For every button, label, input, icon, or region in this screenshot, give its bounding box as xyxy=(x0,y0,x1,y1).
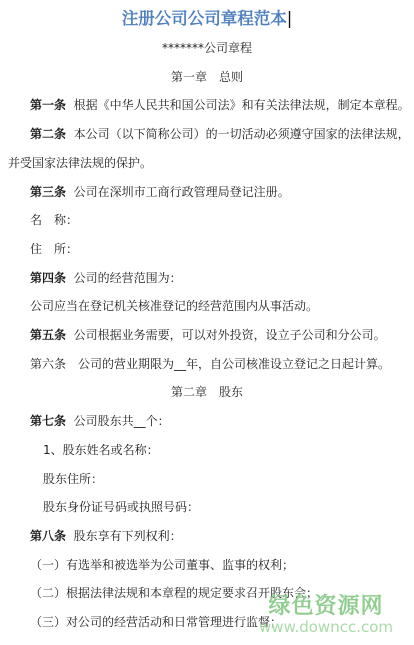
article-2: 第二条 本公司（以下简称公司）的一切活动必须遵守国家的法律法规， xyxy=(8,120,406,149)
article-3: 第三条 公司在深圳市工商行政管理局登记注册。 xyxy=(8,178,406,207)
article-3-label: 第三条 xyxy=(30,185,66,199)
article-3-text: 公司在深圳市工商行政管理局登记注册。 xyxy=(66,185,290,199)
article-4: 第四条 公司的经营范围为： xyxy=(8,264,406,293)
article-4-text: 公司的经营范围为： xyxy=(66,271,182,285)
document-page: 注册公司公司章程范本| *******公司章程 第一章 总则 第一条 根据《中华… xyxy=(0,0,414,637)
article-1: 第一条 根据《中华人民共和国公司法》和有关法律法规，制定本章程。 xyxy=(8,91,406,120)
shareholder-name-line-text: 1、股东姓名或名称： xyxy=(43,443,159,457)
article-7: 第七条 公司股东共__个： xyxy=(8,407,406,436)
shareholder-address-line: 股东住所： xyxy=(8,465,406,494)
subtitle-text: *******公司章程 xyxy=(162,41,252,55)
right-item-3-text: （三）对公司的经营活动和日常管理进行监督； xyxy=(30,615,282,629)
shareholder-address-line-text: 股东住所： xyxy=(43,472,103,486)
company-address-line: 住 所： xyxy=(8,235,406,264)
chapter-1-heading-text: 第一章 总则 xyxy=(171,70,243,84)
document-title: 注册公司公司章程范本| xyxy=(8,4,406,34)
shareholder-id-line-text: 股东身份证号码或执照号码： xyxy=(43,500,199,514)
chapter-2-heading: 第二章 股东 xyxy=(8,378,406,407)
right-item-1-text: （一）有选举和被选举为公司董事、监事的权利； xyxy=(30,558,294,572)
article-5: 第五条 公司根据业务需要，可以对外投资，设立子公司和分公司。 xyxy=(8,321,406,350)
right-item-3: （三）对公司的经营活动和日常管理进行监督； xyxy=(8,608,406,637)
article-7-label: 第七条 xyxy=(30,414,66,428)
article-4-note-text: 公司应当在登记机关核准登记的经营范围内从事活动。 xyxy=(30,299,318,313)
article-5-text: 公司根据业务需要，可以对外投资，设立子公司和分公司。 xyxy=(66,328,386,342)
article-1-text: 根据《中华人民共和国公司法》和有关法律法规，制定本章程。 xyxy=(66,98,410,112)
article-8-label: 第八条 xyxy=(30,529,66,543)
article-7-text: 公司股东共__个： xyxy=(66,414,170,428)
article-1-label: 第一条 xyxy=(30,98,66,112)
chapter-2-heading-text: 第二章 股东 xyxy=(171,385,243,399)
article-6: 第六条 公司的营业期限为__年，自公司核准设立登记之日起计算。 xyxy=(8,350,406,379)
article-2-text: 本公司（以下简称公司）的一切活动必须遵守国家的法律法规， xyxy=(66,127,410,141)
right-item-2-text: （二）根据法律法规和本章程的规定要求召开股东会； xyxy=(30,586,318,600)
chapter-1-heading: 第一章 总则 xyxy=(8,63,406,92)
article-4-note: 公司应当在登记机关核准登记的经营范围内从事活动。 xyxy=(8,292,406,321)
right-item-2: （二）根据法律法规和本章程的规定要求召开股东会； xyxy=(8,579,406,608)
article-2-label: 第二条 xyxy=(30,127,66,141)
article-4-label: 第四条 xyxy=(30,271,66,285)
subtitle: *******公司章程 xyxy=(8,34,406,63)
text-cursor: | xyxy=(287,9,293,28)
company-name-line: 名 称： xyxy=(8,206,406,235)
shareholder-name-line: 1、股东姓名或名称： xyxy=(8,436,406,465)
article-2-continued-text: 并受国家法律法规的保护。 xyxy=(8,156,152,170)
document-title-text: 注册公司公司章程范本 xyxy=(122,9,287,28)
company-name-line-text: 名 称： xyxy=(30,213,78,227)
shareholder-id-line: 股东身份证号码或执照号码： xyxy=(8,493,406,522)
article-5-label: 第五条 xyxy=(30,328,66,342)
company-address-line-text: 住 所： xyxy=(30,242,78,256)
right-item-1: （一）有选举和被选举为公司董事、监事的权利； xyxy=(8,551,406,580)
article-6-text: 第六条 公司的营业期限为__年，自公司核准设立登记之日起计算。 xyxy=(30,357,390,371)
article-8: 第八条 股东享有下列权利： xyxy=(8,522,406,551)
article-8-text: 股东享有下列权利： xyxy=(66,529,182,543)
article-2-continued: 并受国家法律法规的保护。 xyxy=(8,149,406,178)
